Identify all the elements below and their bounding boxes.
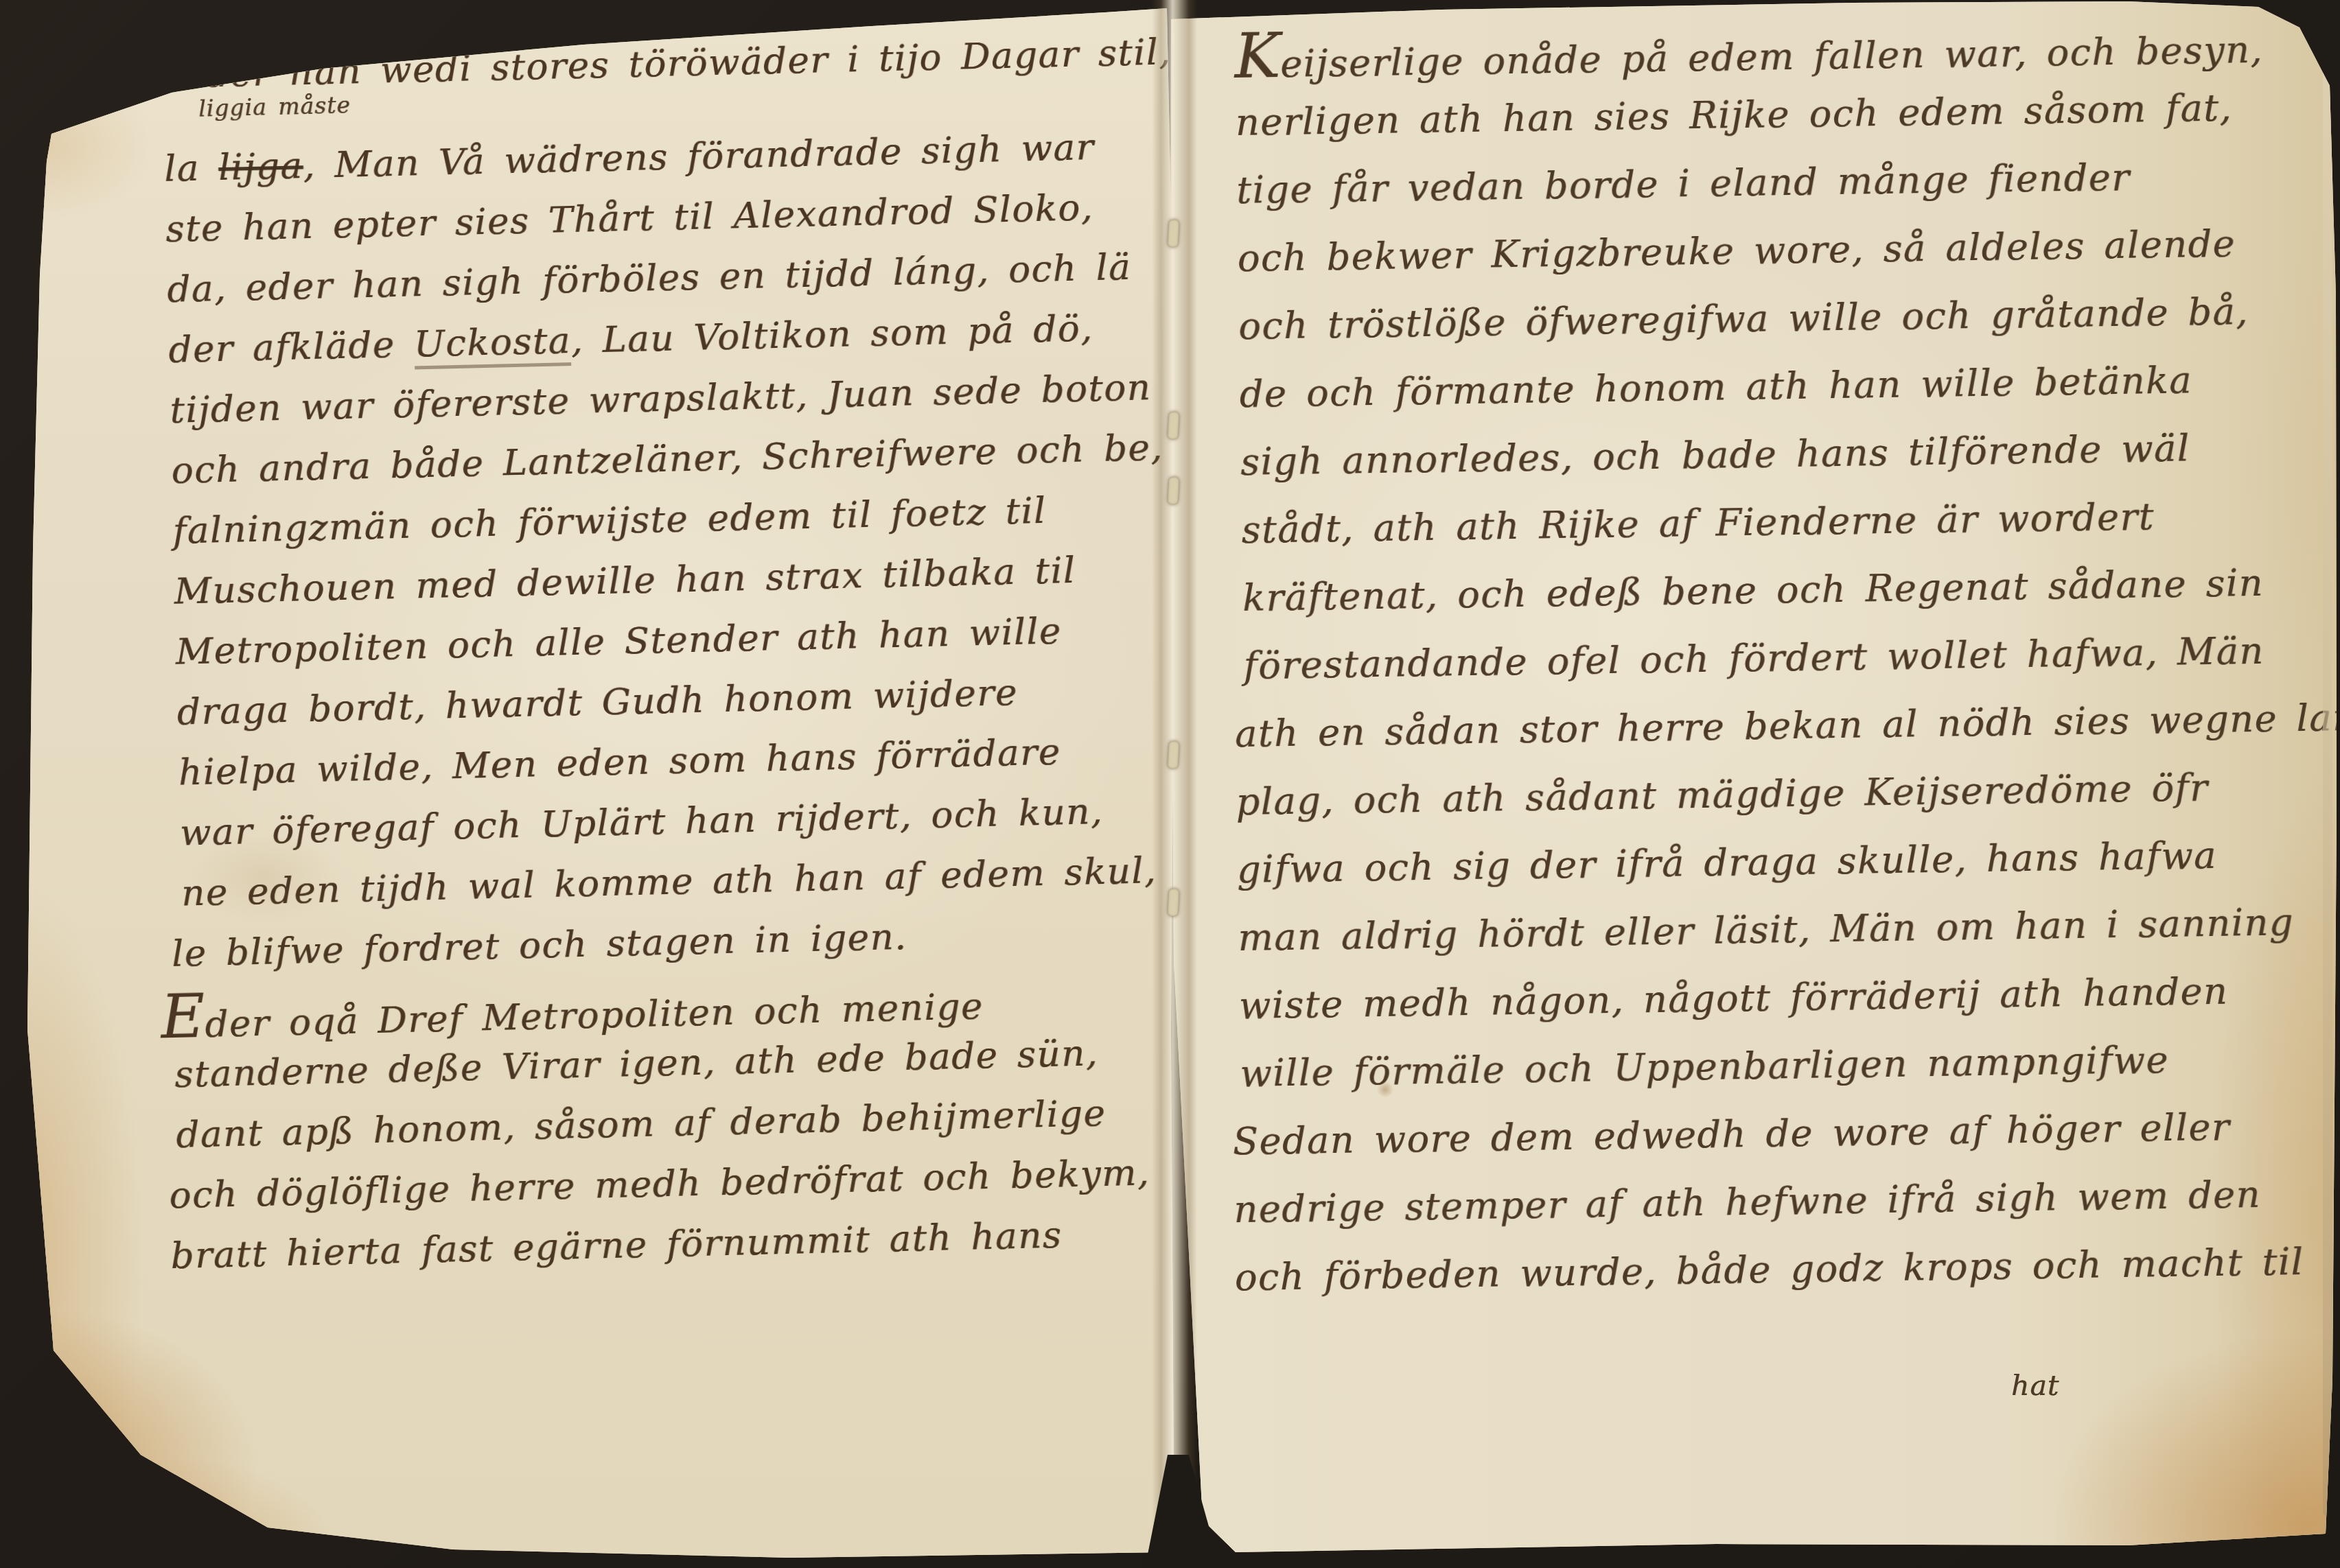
binding-stitch bbox=[1168, 477, 1179, 505]
right-page: Keijserlige onåde på edem fallen war, oc… bbox=[1166, 0, 2340, 1556]
left-page-text: Eder han wedi stores töröwäder i tijo Da… bbox=[161, 20, 1177, 1295]
line-segment: , Man Vå wädrens förandrade sigh war bbox=[303, 126, 1095, 187]
binding-stitch bbox=[1168, 412, 1179, 440]
binding-stitch bbox=[1168, 220, 1179, 248]
binding-gutter bbox=[1152, 0, 1197, 1556]
page-edge-stack bbox=[2323, 21, 2332, 1517]
left-page: Eder han wedi stores töröwäder i tijo Da… bbox=[21, 5, 1177, 1562]
line-segment: la bbox=[164, 147, 219, 190]
interlinear-insertion: liggia måste bbox=[198, 92, 351, 122]
manuscript-line: och förbeden wurde, både godz krops och … bbox=[1234, 1241, 2227, 1324]
underlined-word: Uckosta bbox=[413, 320, 571, 369]
binding-stitch bbox=[1168, 741, 1179, 769]
manuscript-line: Eder han wedi stores töröwäder i tijo Da… bbox=[161, 20, 1168, 104]
catchword: hat bbox=[2011, 1369, 2059, 1402]
manuscript-photo: Eder han wedi stores töröwäder i tijo Da… bbox=[0, 0, 2340, 1568]
binding-stitch bbox=[1168, 889, 1179, 917]
right-page-text: Keijserlige onåde på edem fallen war, oc… bbox=[1234, 19, 2228, 1324]
struck-word: lijga bbox=[218, 145, 303, 189]
line-segment: der afkläde bbox=[168, 323, 415, 371]
